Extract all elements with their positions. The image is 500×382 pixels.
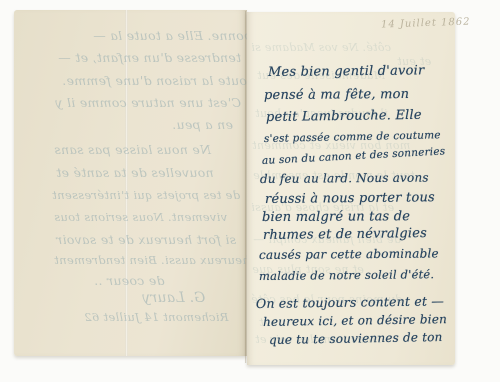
bleed-line: en a peu. <box>172 119 233 132</box>
bleed-line: si fort heureux de te savoir <box>56 234 236 247</box>
ink-line: Mes bien gentil d'avoir <box>268 64 424 79</box>
letter-page-right: 14 Juillet 1862 côté. Ne vos Madame si e… <box>247 12 455 365</box>
bleed-line: tendresse d'un enfant, et — <box>58 52 241 65</box>
ink-line: réussi à nous porter tous <box>265 191 435 206</box>
bleed-line: de coeur .. <box>94 275 165 288</box>
ink-line: du feu au lard. Nous avons <box>260 172 429 185</box>
bleed-fragment: côté. Ne vos Madame si <box>251 42 391 53</box>
ink-line: causés par cette abominable <box>259 247 439 261</box>
bleed-line: vivement. Nous serions tous <box>54 212 227 224</box>
pencil-date: 14 Juillet 1862 <box>381 16 471 30</box>
ink-line: heureux ici, et on désire bien <box>263 313 447 328</box>
spine-shadow <box>245 11 247 363</box>
ink-line: petit Lambrouche. Elle <box>266 109 422 124</box>
letter-page-left: bonne. Elle a toute la — tendresse d'un … <box>14 10 247 356</box>
ink-line: que tu te souviennes de ton <box>269 331 443 346</box>
ink-line: maladie de notre soleil d'été. <box>259 269 434 282</box>
bleed-line: bonne. Elle a toute la — <box>93 30 252 43</box>
ink-line: bien malgré un tas de <box>262 210 410 224</box>
bleed-line: toute la raison d'une femme. <box>62 75 252 88</box>
ink-line: s'est passée comme de coutume <box>264 130 441 144</box>
bleed-line: de tes projets qui t'intéressent <box>52 190 240 202</box>
bleed-line: heureux aussi. Bien tendrement <box>54 255 250 267</box>
bleed-line: nouvelles de ta santé et <box>56 167 214 180</box>
ink-line: rhumes et de névralgies <box>263 227 427 242</box>
bleed-line: Richemont 14 Juillet 62 <box>84 312 228 324</box>
ink-line: pensé à ma fête, mon <box>264 88 409 102</box>
letter-scan: bonne. Elle a toute la — tendresse d'un … <box>0 0 500 382</box>
bleed-line: Ne nous laisse pas sans <box>54 144 211 157</box>
signature-bleed: G. Laury <box>142 291 205 305</box>
bleed-line: C'est une nature comme il y <box>55 97 241 110</box>
ink-line: On est toujours content et — <box>256 295 444 310</box>
